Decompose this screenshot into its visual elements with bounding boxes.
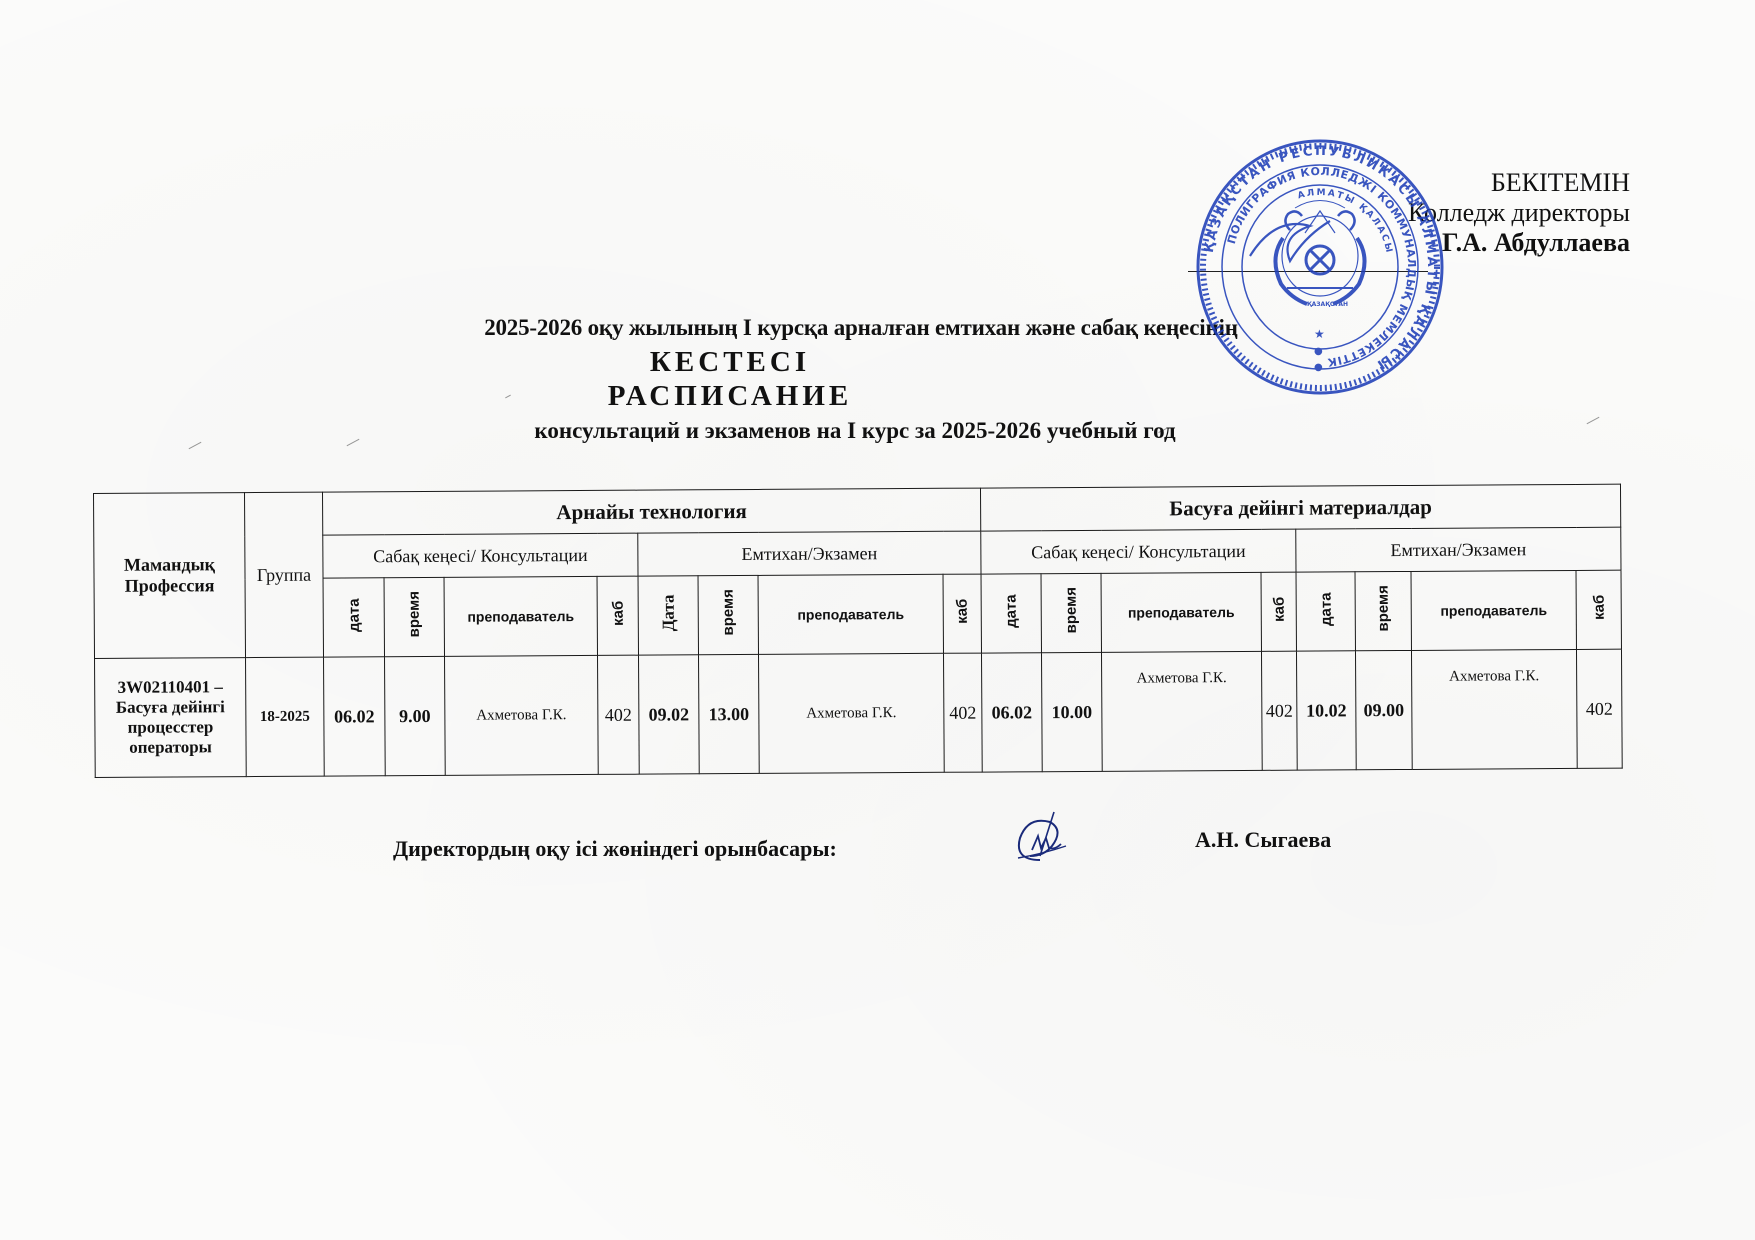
schedule-table: Мамандық Профессия Группа Арнайы техноло… [93, 484, 1623, 778]
consult-teacher-cell: Ахметова Г.К. [445, 655, 599, 775]
col-header-room: каб [943, 574, 981, 653]
svg-text:ҚАЗАҚСТАН: ҚАЗАҚСТАН [1307, 301, 1348, 308]
col-header-time: время [1041, 573, 1101, 652]
signature-icon [1010, 808, 1074, 864]
approval-name: Г.А. Абдуллаева [1408, 228, 1630, 258]
col-header-room: каб [597, 576, 638, 655]
col-header-room: каб [1261, 572, 1296, 651]
exam-date-cell: 09.02 [639, 655, 700, 774]
col-header-teacher: преподаватель [1101, 572, 1261, 652]
consult-date-cell: 06.02 [981, 653, 1042, 772]
col-header-date: дата [1296, 572, 1355, 651]
consult-time-cell: 10.00 [1041, 652, 1102, 771]
consult-room-cell: 402 [1261, 651, 1297, 770]
subject-header-prepress-materials: Басуға дейінгі материалдар [980, 484, 1620, 531]
document-page: БЕКІТЕМІН Колледж директоры Г.А. Абдулла… [0, 0, 1755, 1240]
subject-header-special-technology: Арнайы технология [322, 488, 980, 535]
group-header: Группа [245, 492, 324, 657]
col-header-date: дата [981, 574, 1041, 653]
exam-header: Емтихан/Экзамен [1296, 527, 1621, 572]
consult-room-cell: 402 [598, 655, 640, 774]
consultation-header: Сабақ кеңесі/ Консультации [981, 529, 1296, 574]
title-raspisanie: РАСПИСАНИЕ [0, 380, 1460, 413]
svg-text:АЛМАТЫ ҚАЛАСЫ: АЛМАТЫ ҚАЛАСЫ [1297, 188, 1394, 255]
col-header-time: время [698, 575, 758, 654]
consult-date-cell: 06.02 [324, 657, 386, 776]
title-russian: консультаций и экзаменов на І курс за 20… [0, 418, 1710, 444]
col-header-date: дата [323, 578, 384, 657]
profession-cell: 3W02110401 – Басуға дейінгі процесстер о… [95, 658, 247, 778]
approval-role: Колледж директоры [1408, 198, 1630, 228]
consult-time-cell: 9.00 [385, 656, 446, 775]
consult-teacher-cell: Ахметова Г.К. [1101, 651, 1262, 771]
approval-signature-line [1188, 271, 1428, 272]
exam-time-cell: 13.00 [698, 654, 759, 773]
group-cell: 18-2025 [246, 657, 325, 776]
exam-teacher-cell: Ахметова Г.К. [1411, 649, 1577, 769]
title-kazakh: 2025-2026 оқу жылының І курсқа арналған … [0, 315, 1722, 341]
col-header-time: время [1355, 571, 1411, 650]
table-row: 3W02110401 – Басуға дейінгі процесстер о… [95, 649, 1623, 777]
approval-block: БЕКІТЕМІН Колледж директоры Г.А. Абдулла… [1408, 168, 1630, 258]
approval-title: БЕКІТЕМІН [1408, 168, 1630, 198]
exam-room-cell: 402 [1576, 649, 1622, 768]
col-header-teacher: преподаватель [758, 574, 943, 654]
col-header-time: время [384, 577, 444, 656]
title-kestesi: КЕСТЕСІ [0, 346, 1460, 379]
exam-header: Емтихан/Экзамен [638, 531, 981, 576]
exam-teacher-cell: Ахметова Г.К. [758, 653, 944, 773]
exam-date-cell: 10.02 [1296, 651, 1356, 770]
exam-time-cell: 09.00 [1355, 650, 1412, 769]
col-header-teacher: преподаватель [1411, 570, 1576, 650]
consultation-header: Сабақ кеңесі/ Консультации [323, 533, 638, 578]
deputy-director-label: Директордың оқу ісі жөніндегі орынбасары… [393, 836, 837, 862]
col-header-teacher: преподаватель [444, 576, 597, 656]
col-header-room: каб [1576, 570, 1621, 649]
profession-header: Мамандық Профессия [94, 493, 246, 659]
exam-room-cell: 402 [943, 653, 982, 772]
deputy-director-name: А.Н. Сыгаева [1195, 827, 1331, 853]
col-header-date: Дата [638, 576, 698, 655]
